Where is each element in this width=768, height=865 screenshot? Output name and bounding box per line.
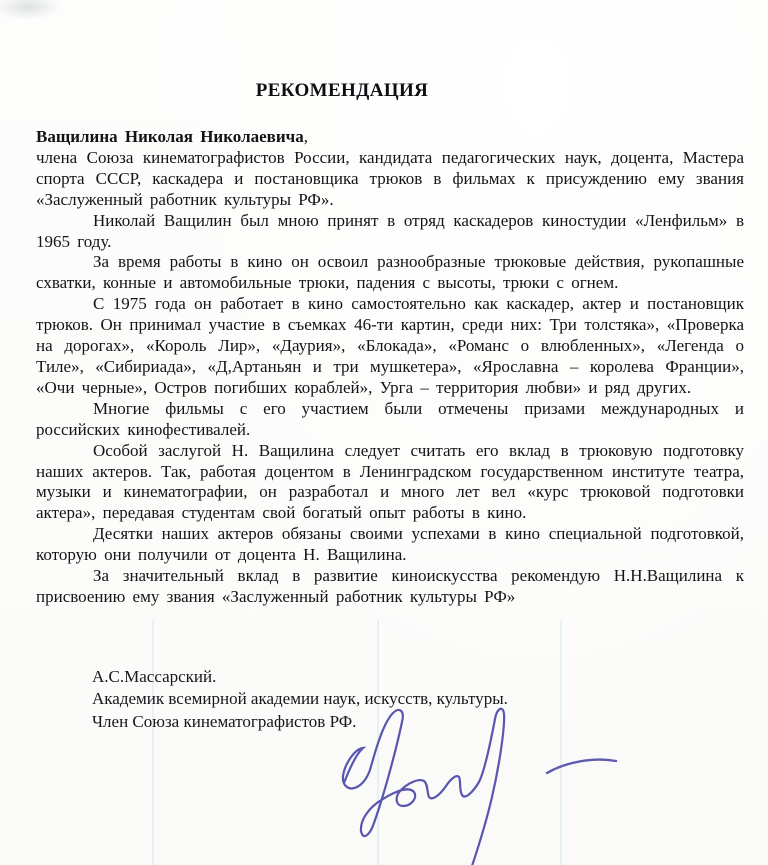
addressee-name-suffix: ,: [304, 127, 308, 146]
scan-smudge: [0, 0, 62, 20]
scan-artifact-line: [560, 620, 562, 865]
scan-artifact-line: [377, 620, 379, 865]
paragraph: С 1975 года он работает в кино самостоят…: [36, 294, 744, 399]
signatory-title-1: Академик всемирной академии наук, искусс…: [92, 688, 508, 710]
paragraph: Николай Ващилин был мною принят в отряд …: [36, 211, 744, 253]
addressee-paragraph: Ващилина Николая Николаевича, члена Союз…: [36, 127, 744, 211]
signature-block: А.С.Массарский. Академик всемирной акаде…: [92, 666, 508, 733]
addressee-name: Ващилина Николая Николаевича: [36, 127, 304, 146]
paragraph: За время работы в кино он освоил разнооб…: [36, 252, 744, 294]
scanned-letter-page: РЕКОМЕНДАЦИЯ Ващилина Николая Николаевич…: [0, 0, 768, 865]
signatory-name: А.С.Массарский.: [92, 666, 508, 688]
addressee-description: члена Союза кинематографистов России, ка…: [36, 148, 744, 209]
document-title: РЕКОМЕНДАЦИЯ: [256, 80, 429, 102]
title-row: РЕКОМЕНДАЦИЯ: [0, 0, 768, 102]
paragraph: За значительный вклад в развитие киноиск…: [36, 566, 744, 608]
signature-dash-stroke: [547, 760, 616, 773]
paragraph: Десятки наших актеров обязаны своими усп…: [36, 524, 744, 566]
scan-artifact-line: [152, 620, 154, 865]
letter-body: Ващилина Николая Николаевича, члена Союз…: [36, 127, 744, 608]
paragraph: Многие фильмы с его участием были отмече…: [36, 399, 744, 441]
signatory-title-2: Член Союза кинематографистов РФ.: [92, 711, 508, 733]
paragraph: Особой заслугой Н. Ващилина следует счит…: [36, 441, 744, 525]
paragraph-list: Николай Ващилин был мною принят в отряд …: [36, 211, 744, 608]
